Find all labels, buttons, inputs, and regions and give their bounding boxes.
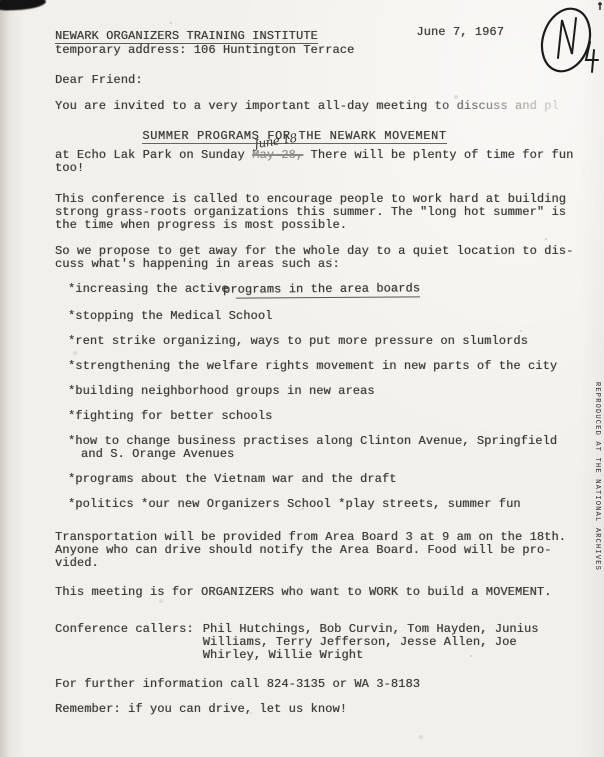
agenda-item-welfare-rights: *strengthening the welfare rights moveme… [68, 360, 574, 373]
heading-wrap: SUMMER PROGRAMS FOR THE NEWARK MOVEMENT [55, 126, 574, 144]
national-archives-stamp: REPRODUCED AT THE NATIONAL ARCHIVES [593, 382, 601, 571]
agenda-item-underlined: programs in the area boards [236, 282, 420, 298]
location-pre: at Echo Lak Park on Sunday [55, 148, 252, 162]
agenda-item-rent-strike: *rent strike organizing, ways to put mor… [68, 335, 574, 348]
struck-date-wrap: May 28,June 18 [252, 149, 303, 162]
handwritten-circled-annotation [540, 2, 602, 94]
scanned-letter-page: NEWARK ORGANIZERS TRAINING INSTITUTE tem… [0, 0, 604, 757]
org-block: NEWARK ORGANIZERS TRAINING INSTITUTE tem… [55, 26, 416, 57]
location-line: at Echo Lak Park on Sunday May 28,June 1… [55, 149, 574, 175]
conference-paragraph: This conference is called to encourage p… [55, 193, 574, 232]
org-name: NEWARK ORGANIZERS TRAINING INSTITUTE [55, 30, 318, 44]
callers-label: Conference callers: [55, 623, 194, 662]
meeting-purpose-line: This meeting is for ORGANIZERS who want … [55, 586, 574, 599]
agenda-item-vietnam-war: *programs about the Vietnam war and the … [68, 473, 574, 486]
transportation-paragraph: Transportation will be provided from Are… [55, 531, 574, 570]
contact-info-line: For further information call 824-3135 or… [55, 678, 574, 691]
letterhead: NEWARK ORGANIZERS TRAINING INSTITUTE tem… [55, 26, 574, 57]
agenda-item-pre: *increasing the active [68, 282, 236, 296]
propose-paragraph: So we propose to get away for the whole … [55, 245, 574, 271]
scan-artifact-blob [0, 0, 46, 11]
conference-callers-block: Conference callers: Phil Hutchings, Bob … [55, 623, 574, 662]
agenda-item-neighborhood-groups: *building neighborhood groups in new are… [68, 385, 574, 398]
callers-names: Phil Hutchings, Bob Curvin, Tom Hayden, … [203, 623, 539, 662]
letter-date: June 7, 1967 [416, 26, 504, 39]
org-address: temporary address: 106 Huntington Terrac… [55, 44, 416, 57]
agenda-item-better-schools: *fighting for better schools [68, 410, 574, 423]
scan-noise-specks [0, 0, 2, 2]
agenda-list: *increasing the active programs in the a… [68, 283, 574, 511]
agenda-item-politics-misc: *politics *our new Organizers School *pl… [68, 498, 574, 511]
circled-n-mark-icon [540, 2, 602, 94]
agenda-item-business-practises: *how to change business practises along … [68, 435, 574, 461]
reminder-line: Remember: if you can drive, let us know! [55, 703, 574, 716]
agenda-item-area-boards: *increasing the active programs in the a… [68, 283, 574, 298]
intro-paragraph: You are invited to a very important all-… [55, 100, 574, 113]
agenda-item-medical-school: *stopping the Medical School [68, 310, 574, 323]
salutation: Dear Friend: [55, 74, 574, 87]
